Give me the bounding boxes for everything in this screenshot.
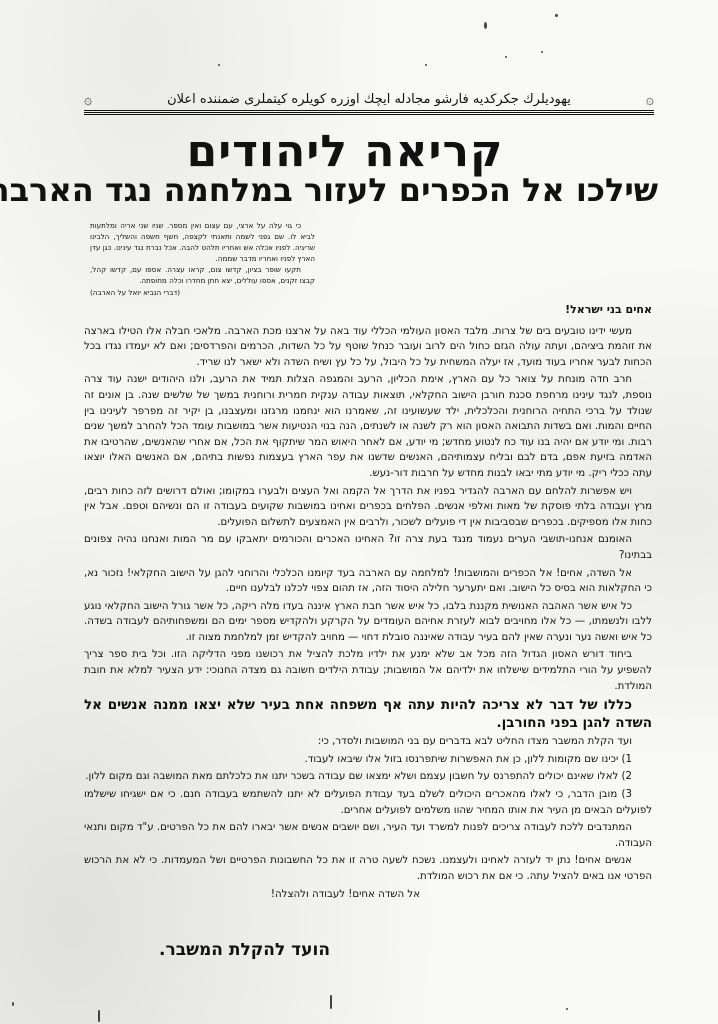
- document-body: אחים בני ישראל! מעשי ידינו טובעים בים של…: [84, 302, 652, 904]
- epigraph: כי גוי עלה על ארצי, עם עצום ואין מספר. ש…: [90, 220, 315, 298]
- body-paragraph: ביחוד דורש האסון הגדול הזה מכל אב שלא ימ…: [84, 647, 652, 694]
- list-item: 1) יכינו שם מקומות ללון, כן את האפשרות ש…: [84, 752, 652, 768]
- ornament-icon: ۞: [84, 92, 92, 110]
- list-item: 3) מובן הדבר, כי לאלו מהאכרים היכולים לש…: [84, 787, 652, 818]
- ornament-icon: ۞: [646, 92, 654, 110]
- document-subtitle: שילכו אל הכפרים לעזור במלחמה נגד הארבה.: [88, 172, 658, 208]
- body-paragraph: כל איש אשר האהבה האנושית מקננת בלבו, כל …: [84, 599, 652, 646]
- epigraph-paragraph: כי גוי עלה על ארצי, עם עצום ואין מספר. ש…: [90, 220, 315, 264]
- appeal-paragraph: אנשים אחים! נתן יד לעזרה לאחינו ולעצמנו.…: [84, 853, 652, 884]
- body-paragraph: חרב חדה מונחת על צואר כל עם הארץ, אימת ה…: [84, 372, 652, 481]
- body-paragraph: האומנם אנחנו-תושבי הערים נעמוד מנגד בעת …: [84, 532, 652, 563]
- epigraph-source: (דברי הנביא יואל על הארבה): [90, 287, 315, 298]
- emphasis-paragraph: כללו של דבר לא צריכה להיות עתה אף משפחה …: [84, 696, 652, 732]
- epigraph-paragraph: תקעו שופר בציון, קדשו צום, קראו עצרה. אס…: [90, 264, 315, 286]
- body-paragraph: מעשי ידינו טובעים בים של צרות. מלבד האסו…: [84, 324, 652, 371]
- masthead-rule: [84, 114, 654, 115]
- body-paragraph: ויש אפשרות להלחם עם הארבה להגדיר בפניו א…: [84, 484, 652, 531]
- greeting: אחים בני ישראל!: [84, 302, 652, 318]
- body-paragraph: אל השדה, אחים! אל הכפרים והמושבות! למלחמ…: [84, 566, 652, 597]
- document-title: קריאה ליהודים: [180, 128, 510, 176]
- signature: הועד להקלת המשבר.: [150, 940, 330, 960]
- list-item: 2) לאלו שאינם יכולים להתפרנס על חשבון עצ…: [84, 769, 652, 785]
- ottoman-heading: یهودیلرك جکرکدیه فارشو مجادله ایچك اوزره…: [92, 92, 646, 110]
- closing-line: אל השדה אחים! לעבודה ולהצלה!: [84, 887, 652, 903]
- masthead: ۞ یهودیلرك جکرکدیه فارشو مجادله ایچك اوز…: [84, 86, 654, 113]
- committee-intro: ועד הקלת המשבר מצדו החליט לבא בדברים עם …: [84, 734, 652, 750]
- volunteers-paragraph: המתנדבים ללכת לעבודה צריכים לפנות למשרד …: [84, 820, 652, 851]
